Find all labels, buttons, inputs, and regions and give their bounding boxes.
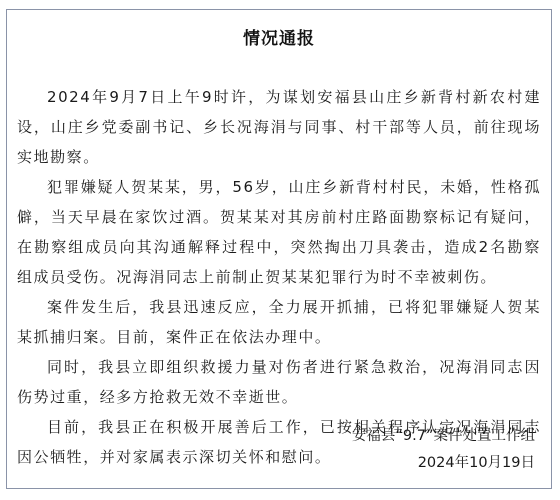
paragraph-3: 案件发生后，我县迅速反应，全力展开抓捕，已将犯罪嫌疑人贺某某抓捕归案。目前，案件… bbox=[17, 292, 541, 352]
signature-date: 2024年10月19日 bbox=[352, 450, 535, 477]
notice-body: 2024年9月7日上午9时许，为谋划安福县山庄乡新背村新农村建设，山庄乡党委副书… bbox=[17, 82, 541, 472]
paragraph-1: 2024年9月7日上午9时许，为谋划安福县山庄乡新背村新农村建设，山庄乡党委副书… bbox=[17, 82, 541, 172]
notice-title: 情况通报 bbox=[7, 24, 551, 49]
signature-organization: 安福县“9.7”案件处置工作组 bbox=[352, 423, 535, 450]
paragraph-2: 犯罪嫌疑人贺某某，男，56岁，山庄乡新背村村民，未婚，性格孤僻，当天早晨在家饮过… bbox=[17, 172, 541, 292]
notice-frame: 情况通报 2024年9月7日上午9时许，为谋划安福县山庄乡新背村新农村建设，山庄… bbox=[6, 9, 552, 489]
signature-block: 安福县“9.7”案件处置工作组 2024年10月19日 bbox=[352, 423, 535, 477]
paragraph-4: 同时，我县立即组织救援力量对伤者进行紧急救治，况海涓同志因伤势过重，经多方抢救无… bbox=[17, 352, 541, 412]
